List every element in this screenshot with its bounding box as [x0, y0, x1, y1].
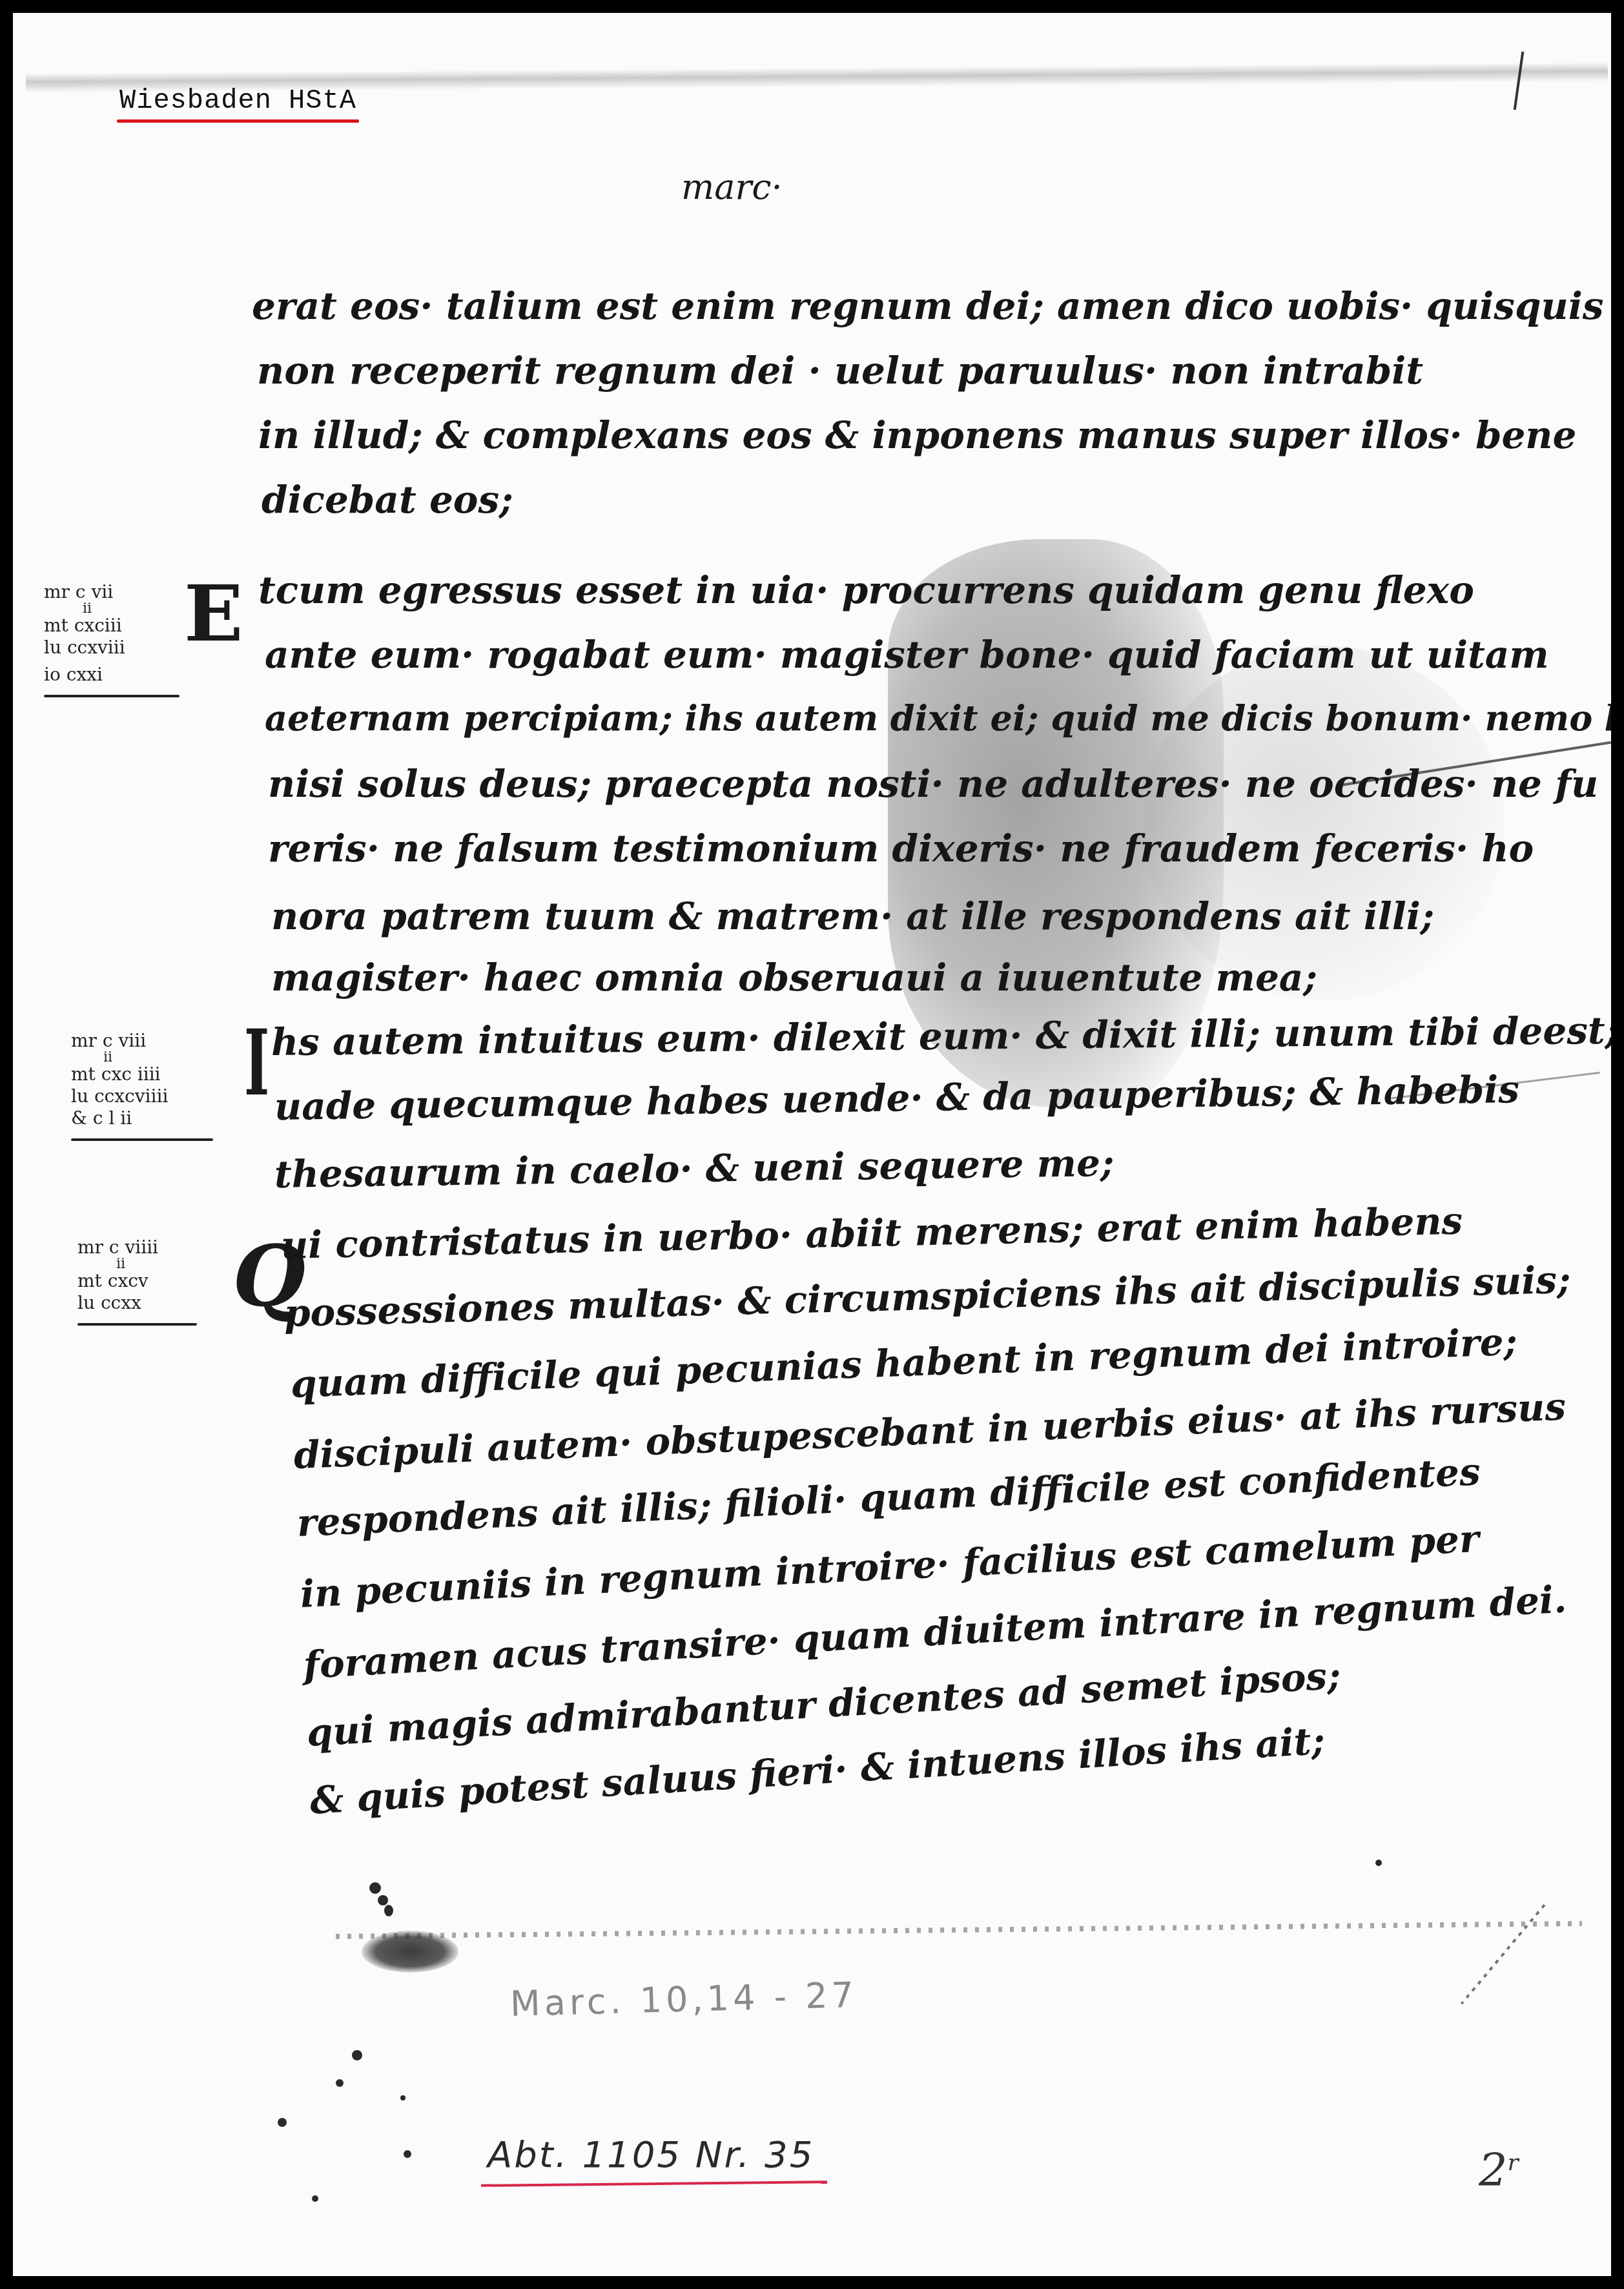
text-line: nora patrem tuum & matrem· at ille respo… [271, 894, 1434, 938]
pencil-bible-reference: Marc. 10,14 - 27 [509, 1975, 858, 2024]
text-line: ante eum· rogabat eum· magister bone· qu… [265, 633, 1549, 677]
folio-number: 2r [1479, 2144, 1519, 2197]
margin-rule [44, 695, 180, 697]
ink-speck [369, 1882, 381, 1894]
text-line: aeternam percipiam; ihs autem dixit ei; … [265, 697, 1611, 739]
ink-speck [378, 1895, 388, 1905]
text-line: reris· ne falsum testimonium dixeris· ne… [268, 826, 1534, 870]
margin-concordance-note: mr c vii ii mt cxciii lu ccxviii io cxxi [44, 581, 180, 697]
margin-concordance-note: mr c viiii ii mt cxcv lu ccxx [77, 1237, 197, 1326]
ink-speck [1375, 1860, 1382, 1866]
initial-letter-i: I [244, 1011, 269, 1116]
running-head: marc· [681, 167, 783, 207]
text-line: magister· haec omnia obseruaui a iuuentu… [271, 956, 1317, 1000]
margin-rule [77, 1323, 197, 1326]
archive-label: Wiesbaden HStA [119, 85, 356, 116]
parchment-bottom-edge [336, 1921, 1582, 1939]
parchment-corner-tear [1514, 52, 1550, 110]
text-line: ui contristatus in uerbo· abiit merens; … [280, 1199, 1463, 1268]
text-line: thesaurum in caelo· & ueni sequere me; [274, 1141, 1115, 1196]
manuscript-page: Wiesbaden HStA marc· mr c vii ii mt cxci… [13, 13, 1611, 2276]
text-line: dicebat eos; [262, 478, 513, 522]
red-underline [117, 119, 359, 123]
margin-rule [71, 1138, 213, 1141]
ink-speck [312, 2195, 318, 2202]
text-line: in illud; & complexans eos & inponens ma… [258, 413, 1576, 457]
pink-underline [481, 2181, 827, 2187]
text-line: erat eos· talium est enim regnum dei; am… [252, 284, 1603, 328]
margin-concordance-note: mr c viii ii mt cxc iiii lu ccxcviiii & … [71, 1030, 213, 1141]
ink-speck [278, 2118, 287, 2127]
text-line: possessiones multas· & circumspiciens ih… [283, 1258, 1571, 1335]
ink-speck [352, 2050, 362, 2060]
ink-speck [400, 2095, 406, 2100]
archive-shelfmark: Abt. 1105 Nr. 35 [488, 2134, 814, 2176]
text-line: non receperit regnum dei · uelut paruulu… [257, 349, 1423, 393]
ink-speck [336, 2079, 344, 2087]
ink-speck [404, 2150, 411, 2158]
ink-blot [362, 1931, 458, 1973]
text-line: hs autem intuitus eum· dilexit eum· & di… [271, 1009, 1611, 1064]
initial-letter-e: E [184, 568, 243, 659]
ink-speck [384, 1905, 393, 1916]
text-line: tcum egressus esset in uia· procurrens q… [258, 568, 1474, 612]
text-line: uade quecumque habes uende· & da pauperi… [274, 1067, 1520, 1129]
parchment-cut-corner [1461, 1904, 1546, 2005]
text-line: nisi solus deus; praecepta nosti· ne adu… [268, 762, 1598, 806]
